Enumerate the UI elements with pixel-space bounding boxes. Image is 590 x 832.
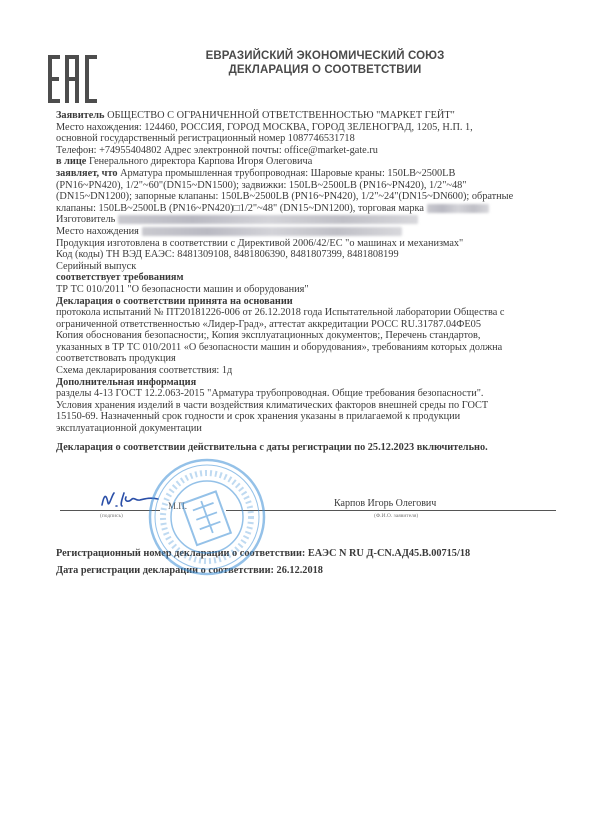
title-declaration: ДЕКЛАРАЦИЯ О СООТВЕТСТВИИ — [200, 63, 450, 77]
signature-line — [60, 510, 160, 511]
declaration-body: Заявитель ОБЩЕСТВО С ОГРАНИЧЕННОЙ ОТВЕТС… — [56, 110, 556, 453]
product-line-4: клапаны: 150LB~2500LB (PN16~PN420)□1/2"~… — [56, 203, 556, 215]
applicant-ogrn: основной государственный регистрационный… — [56, 133, 556, 145]
product-line-1: заявляет, что Арматура промышленная труб… — [56, 168, 556, 180]
redacted-location — [142, 227, 402, 236]
basis-line-3: Копия обоснования безопасности;, Копия э… — [56, 330, 556, 342]
product-line-2: (PN16~PN420), 1/2"~60"(DN15~DN1500); зад… — [56, 180, 556, 192]
applicant-contacts: Телефон: +74955404802 Адрес электронной … — [56, 145, 556, 157]
signer-name: Карпов Игорь Олегович — [334, 498, 436, 509]
redacted-trademark — [427, 204, 489, 213]
applicant-address: Место нахождения: 124460, РОССИЯ, ГОРОД … — [56, 122, 556, 134]
basis-line-4: указанных в ТР ТС 010/2011 «О безопаснос… — [56, 342, 556, 354]
signature-block: (подпись) М.П. Карпов Игорь Олегович (Ф.… — [56, 495, 556, 521]
basis-line-5: соответствовать продукция — [56, 353, 556, 365]
registration-block: Регистрационный номер декларации о соотв… — [56, 545, 556, 579]
product-text-1: Арматура промышленная трубопроводная: Ша… — [120, 168, 455, 179]
additional-line-1: разделы 4-13 ГОСТ 12.2.063-2015 "Арматур… — [56, 388, 556, 400]
manufacturer-label: Изготовитель — [56, 214, 115, 225]
signer-caption: (Ф.И.О. заявителя) — [374, 513, 418, 519]
regulation-line: ТР ТС 010/2011 "О безопасности машин и о… — [56, 284, 556, 296]
location-line: Место нахождения — [56, 226, 556, 238]
product-text-4: клапаны: 150LB~2500LB (PN16~PN420)□1/2"~… — [56, 203, 424, 214]
redacted-manufacturer — [118, 215, 418, 224]
applicant-name: ОБЩЕСТВО С ОГРАНИЧЕННОЙ ОТВЕТСТВЕННОСТЬЮ… — [107, 110, 455, 121]
represented-label: в лице — [56, 156, 86, 167]
additional-line-4: эксплуатационной документации — [56, 423, 556, 435]
additional-label: Дополнительная информация — [56, 377, 556, 389]
represented-line: в лице Генерального директора Карпова Иг… — [56, 156, 556, 168]
complies-label: соответствует требованиям — [56, 272, 556, 284]
validity-line: Декларация о соответствии действительна … — [56, 442, 556, 454]
basis-line-2: ограниченной ответственностью «Лидер-Гра… — [56, 319, 556, 331]
manufacturer-line: Изготовитель — [56, 214, 556, 226]
directive-line: Продукция изготовлена в соответствии с Д… — [56, 238, 556, 250]
basis-label: Декларация о соответствии принята на осн… — [56, 296, 556, 308]
basis-line-1: протокола испытаний № ПТ20181226-006 от … — [56, 307, 556, 319]
signature-caption: (подпись) — [100, 513, 123, 519]
product-line-3: (DN15~DN1200); запорные клапаны: 150LB~2… — [56, 191, 556, 203]
represented-by: Генерального директора Карпова Игоря Оле… — [89, 156, 312, 167]
location-label: Место нахождения — [56, 226, 139, 237]
registration-date: Дата регистрации декларации о соответств… — [56, 562, 556, 579]
title-union: ЕВРАЗИЙСКИЙ ЭКОНОМИЧЕСКИЙ СОЮЗ — [200, 49, 450, 63]
release-line: Серийный выпуск — [56, 261, 556, 273]
stamp-label: М.П. — [168, 501, 187, 511]
additional-line-3: 15150-69. Назначенный срок годности и ср… — [56, 411, 556, 423]
signature-image — [98, 489, 178, 516]
additional-line-2: Условия хранения изделий в части воздейс… — [56, 400, 556, 412]
registration-number: Регистрационный номер декларации о соотв… — [56, 545, 556, 562]
declaration-document: ЕВРАЗИЙСКИЙ ЭКОНОМИЧЕСКИЙ СОЮЗ ДЕКЛАРАЦИ… — [0, 0, 590, 832]
applicant-label: Заявитель — [56, 110, 105, 121]
declares-label: заявляет, что — [56, 168, 118, 179]
scheme-line: Схема декларирования соответствия: 1д — [56, 365, 556, 377]
applicant-line: Заявитель ОБЩЕСТВО С ОГРАНИЧЕННОЙ ОТВЕТС… — [56, 110, 556, 122]
document-title: ЕВРАЗИЙСКИЙ ЭКОНОМИЧЕСКИЙ СОЮЗ ДЕКЛАРАЦИ… — [200, 49, 450, 77]
eac-mark-icon — [48, 55, 98, 103]
signer-line — [226, 510, 556, 511]
hs-codes-line: Код (коды) ТН ВЭД ЕАЭС: 8481309108, 8481… — [56, 249, 556, 261]
